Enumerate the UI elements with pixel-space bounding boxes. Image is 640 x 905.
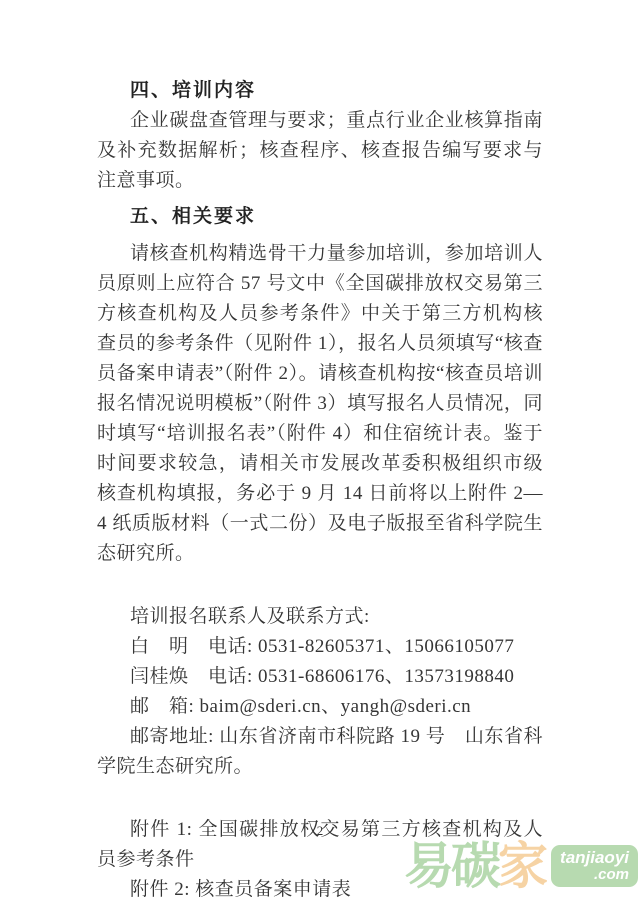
section-heading-five: 五、相关要求 xyxy=(97,202,543,232)
contact-line-baiming: 白 明 电话: 0531-82605371、15066105077 xyxy=(97,632,543,662)
watermark-brand-green: 易碳 xyxy=(404,839,498,893)
watermark: 易碳 家 tanjiaoyi .com xyxy=(404,839,638,893)
watermark-domain-badge: tanjiaoyi .com xyxy=(551,845,638,888)
watermark-domain-name: tanjiaoyi xyxy=(560,849,629,867)
page-number: 2 xyxy=(0,823,640,839)
contact-intro: 培训报名联系人及联系方式: xyxy=(97,602,543,632)
watermark-brand-orange: 家 xyxy=(498,839,546,893)
section-heading-four: 四、培训内容 xyxy=(97,76,543,106)
watermark-domain-tld: .com xyxy=(560,867,629,883)
mailing-address: 邮寄地址: 山东省济南市科院路 19 号 山东省科学院生态研究所。 xyxy=(97,722,543,782)
paragraph-requirements: 请核查机构精选骨干力量参加培训，参加培训人员原则上应符合 57 号文中《全国碳排… xyxy=(97,239,543,569)
document-content: 四、培训内容 企业碳盘查管理与要求；重点行业企业核算指南及补充数据解析；核查程序… xyxy=(97,76,543,905)
contact-line-email: 邮 箱: baim@sderi.cn、yangh@sderi.cn xyxy=(97,692,543,722)
document-page: 四、培训内容 企业碳盘查管理与要求；重点行业企业核算指南及补充数据解析；核查程序… xyxy=(0,0,640,905)
contact-block: 培训报名联系人及联系方式: 白 明 电话: 0531-82605371、1506… xyxy=(97,602,543,782)
paragraph-training-content: 企业碳盘查管理与要求；重点行业企业核算指南及补充数据解析；核查程序、核查报告编写… xyxy=(97,106,543,196)
contact-line-yanguihuan: 闫桂焕 电话: 0531-68606176、13573198840 xyxy=(97,662,543,692)
